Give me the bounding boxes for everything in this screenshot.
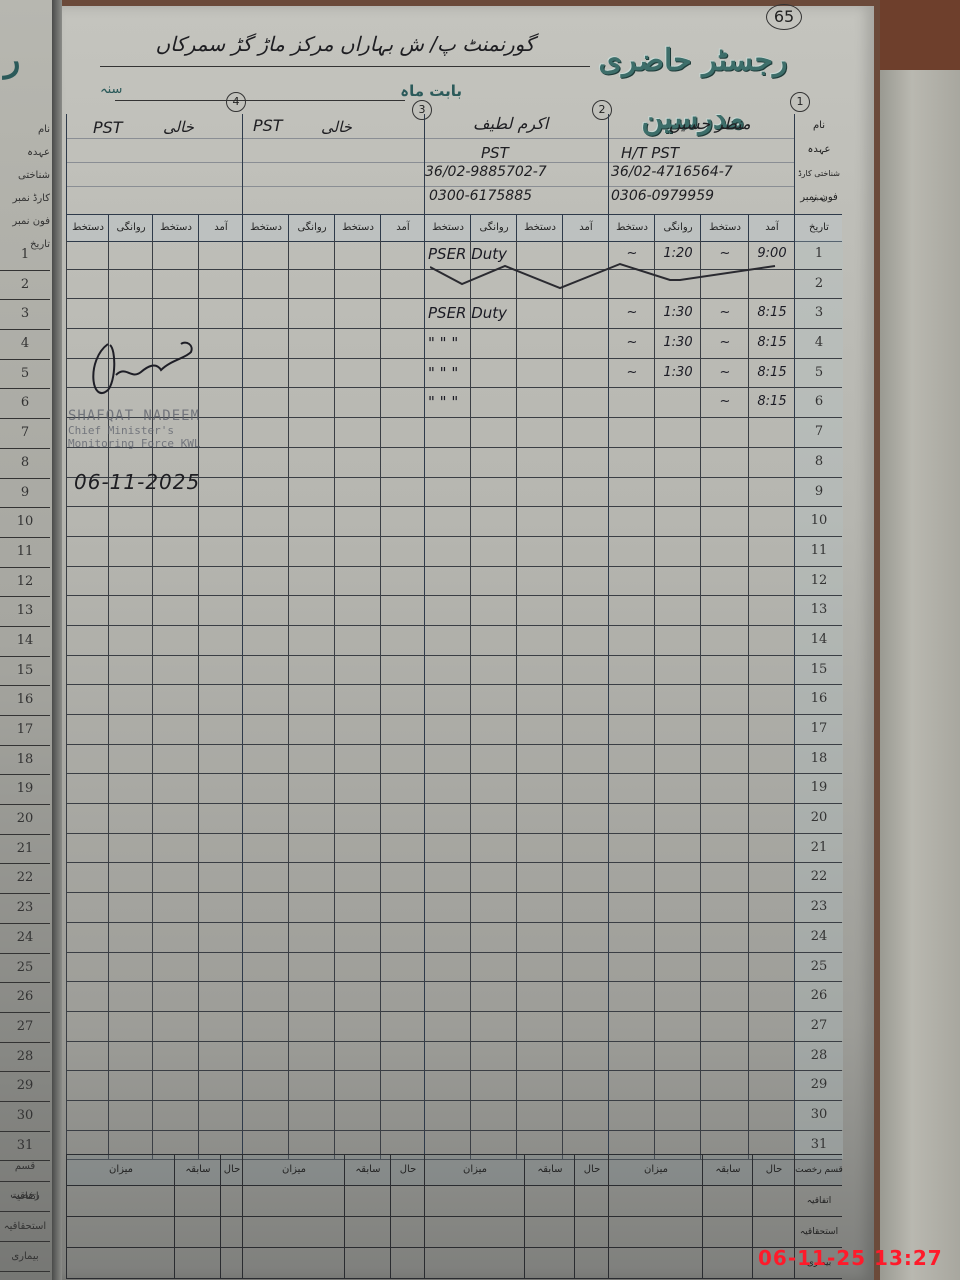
cell-signature (242, 715, 289, 744)
cell-arrival (748, 923, 795, 952)
cell-departure (654, 537, 701, 566)
cell-departure (288, 685, 335, 714)
cell-arrival (380, 1101, 425, 1130)
leave-cell-total (66, 1186, 175, 1216)
cell-signature (700, 745, 749, 774)
cell-signature (242, 418, 289, 447)
cell-signature (700, 715, 749, 744)
cell-signature (66, 774, 109, 803)
cell-signature (700, 953, 749, 982)
cell-signature (516, 863, 563, 892)
cell-departure (654, 418, 701, 447)
cell-arrival (380, 804, 425, 833)
cell-arrival (562, 834, 609, 863)
cell-arrival (380, 270, 425, 299)
cell-arrival (562, 359, 609, 388)
cell-arrival (562, 448, 609, 477)
cell-signature (66, 953, 109, 982)
teacher-2-phone: 0300-6175885 (429, 188, 532, 204)
cell-departure (288, 863, 335, 892)
teacher1-sign-out: ~ (608, 299, 655, 328)
cell-arrival (562, 685, 609, 714)
teacher2-note: " " " (428, 329, 562, 358)
cell-signature (242, 923, 289, 952)
cell-signature (608, 745, 655, 774)
date-row: 18 (66, 745, 842, 775)
cell-departure (654, 567, 701, 596)
date-cell: 21 (794, 834, 843, 863)
label-designation: عہدہ (795, 138, 843, 162)
cell-signature (608, 923, 655, 952)
cell-signature (608, 478, 655, 507)
cell-signature (608, 626, 655, 655)
cell-signature (608, 567, 655, 596)
cell-signature (242, 1101, 289, 1130)
cell-signature (242, 537, 289, 566)
cell-signature (424, 537, 471, 566)
cell-departure (654, 1042, 701, 1071)
previous-page-date: 1 (0, 241, 50, 271)
cell-signature (516, 418, 563, 447)
cell-arrival (380, 626, 425, 655)
cell-signature (424, 685, 471, 714)
cell-arrival (198, 240, 243, 269)
cell-arrival (198, 1071, 243, 1100)
column-header-row: دستخطروانگیدستخطآمددستخطروانگیدستخطآمددس… (66, 214, 842, 242)
date-cell: 9 (794, 478, 843, 507)
cell-departure (108, 656, 153, 685)
cell-arrival (198, 626, 243, 655)
cell-signature (152, 715, 199, 744)
cell-signature (66, 567, 109, 596)
cell-departure (108, 537, 153, 566)
cell-arrival (198, 834, 243, 863)
cell-arrival (748, 1012, 795, 1041)
cell-signature (334, 507, 381, 536)
date-row: 29 (66, 1071, 842, 1101)
previous-page-date: 5 (0, 360, 50, 390)
leave-summary-table: میزانسابقہحالمیزانسابقہحالمیزانسابقہحالم… (66, 1154, 842, 1279)
cell-signature (700, 656, 749, 685)
cell-signature (516, 685, 563, 714)
date-cell: 8 (794, 448, 843, 477)
cell-signature (334, 567, 381, 596)
leave-cell-total (424, 1248, 525, 1278)
cell-signature (608, 448, 655, 477)
leave-cell-total (424, 1186, 525, 1216)
date-cell: 24 (794, 923, 843, 952)
previous-page-date: 6 (0, 389, 50, 419)
cell-signature (152, 1071, 199, 1100)
cell-arrival (748, 685, 795, 714)
cell-signature (424, 774, 471, 803)
cell-signature (608, 715, 655, 744)
cell-signature (700, 596, 749, 625)
cell-signature (242, 329, 289, 358)
leave-cell-previous (174, 1217, 221, 1247)
cell-signature (516, 596, 563, 625)
cell-signature (608, 1042, 655, 1071)
cell-signature (242, 893, 289, 922)
previous-page-date: 13 (0, 597, 50, 627)
cell-signature (700, 448, 749, 477)
cell-signature (424, 715, 471, 744)
cell-signature (516, 656, 563, 685)
column-header-signature: دستخط (516, 215, 563, 241)
cell-signature (424, 863, 471, 892)
date-cell: 11 (794, 537, 843, 566)
cell-signature (424, 982, 471, 1011)
leave-cell-total (66, 1217, 175, 1247)
cell-signature (700, 923, 749, 952)
teacher1-sign-in: ~ (700, 299, 749, 328)
previous-page-date: 14 (0, 627, 50, 657)
leave-row: استحقاقیہ (66, 1217, 842, 1248)
cell-signature (242, 685, 289, 714)
cell-signature (516, 745, 563, 774)
cell-signature (424, 745, 471, 774)
cell-departure (288, 715, 335, 744)
leave-cell-total (608, 1186, 703, 1216)
teacher-5-name: خالی (163, 118, 194, 136)
cell-signature (66, 745, 109, 774)
cell-arrival (562, 299, 609, 328)
cell-departure (108, 745, 153, 774)
inspector-stamp: SHAFQAT NADEEM Chief Minister's Monitori… (68, 408, 238, 450)
cell-arrival (198, 774, 243, 803)
teacher-4-info: PST خالی (242, 114, 425, 214)
date-cell: 18 (794, 745, 843, 774)
cell-signature (66, 1071, 109, 1100)
cell-signature (152, 537, 199, 566)
cell-arrival (748, 448, 795, 477)
stamp-name: SHAFQAT NADEEM (68, 408, 238, 424)
cell-departure (470, 1012, 517, 1041)
cell-signature (700, 1101, 749, 1130)
cell-departure (288, 478, 335, 507)
leave-row: بیماری (66, 1248, 842, 1279)
column-header-departure: روانگی (108, 215, 153, 241)
cell-arrival (380, 656, 425, 685)
leave-cell-previous (702, 1186, 753, 1216)
cell-arrival (198, 953, 243, 982)
cell-arrival (380, 863, 425, 892)
cell-signature (242, 1071, 289, 1100)
cell-departure (108, 299, 153, 328)
previous-page-date: 25 (0, 954, 50, 984)
zigzag-strike-row-2 (430, 262, 790, 298)
cell-arrival (748, 567, 795, 596)
cell-departure (288, 448, 335, 477)
cell-arrival (380, 478, 425, 507)
cell-departure (654, 953, 701, 982)
cell-arrival (380, 834, 425, 863)
column-header-signature: دستخط (334, 215, 381, 241)
date-cell: 26 (794, 982, 843, 1011)
previous-page-date: 3 (0, 300, 50, 330)
label-name: نام (795, 114, 843, 138)
cell-arrival (198, 656, 243, 685)
cell-signature (424, 478, 471, 507)
cell-signature (152, 567, 199, 596)
cell-signature (608, 1071, 655, 1100)
cell-signature (242, 626, 289, 655)
cell-signature (700, 567, 749, 596)
cell-departure (288, 893, 335, 922)
cell-signature (608, 596, 655, 625)
teacher1-sign-out (608, 388, 655, 417)
cell-departure (108, 923, 153, 952)
cell-signature (66, 596, 109, 625)
cell-arrival (198, 923, 243, 952)
cell-departure (654, 596, 701, 625)
cell-arrival (748, 478, 795, 507)
cell-arrival (748, 982, 795, 1011)
label-cnic: شناختی کارڈ نمبر (795, 162, 843, 186)
cell-departure (108, 685, 153, 714)
cell-departure (288, 359, 335, 388)
leave-cell-current (752, 1217, 795, 1247)
leave-cell-total (608, 1248, 703, 1278)
column-header-departure: روانگی (470, 215, 517, 241)
cell-arrival (562, 507, 609, 536)
previous-page-date: 18 (0, 746, 50, 776)
leave-header-total: میزان (66, 1155, 175, 1185)
teacher1-sign-in: ~ (700, 359, 749, 388)
cell-departure (288, 299, 335, 328)
cell-signature (242, 1012, 289, 1041)
cell-arrival (198, 299, 243, 328)
cell-signature (242, 270, 289, 299)
teacher1-sign-out: ~ (608, 329, 655, 358)
cell-signature (516, 893, 563, 922)
cell-signature (152, 1012, 199, 1041)
previous-page-date: 26 (0, 983, 50, 1013)
leave-cell-current (390, 1217, 425, 1247)
leave-header-previous: سابقہ (702, 1155, 753, 1185)
previous-page-date: 8 (0, 449, 50, 479)
cell-signature (242, 359, 289, 388)
cell-signature (700, 1071, 749, 1100)
cell-departure (654, 1071, 701, 1100)
cell-departure (288, 982, 335, 1011)
cell-arrival (748, 1101, 795, 1130)
date-row: 13 (66, 596, 842, 626)
column-header-departure: روانگی (654, 215, 701, 241)
cell-arrival (562, 329, 609, 358)
cell-arrival (562, 388, 609, 417)
cell-signature (334, 359, 381, 388)
cell-departure (108, 1071, 153, 1100)
cell-signature (66, 834, 109, 863)
cell-departure (288, 388, 335, 417)
teacher1-departure: 1:30 (654, 329, 701, 358)
cell-signature (334, 893, 381, 922)
date-row: 22 (66, 863, 842, 893)
column-header-signature: دستخط (152, 215, 199, 241)
cell-departure (108, 1101, 153, 1130)
cell-arrival (380, 982, 425, 1011)
cell-signature (242, 507, 289, 536)
date-cell: 12 (794, 567, 843, 596)
cell-signature (608, 982, 655, 1011)
cell-departure (108, 596, 153, 625)
cell-signature (242, 834, 289, 863)
school-name: گورنمنٹ پ/ ش بہاراں مرکز ماڑ گڑ سمرکاں (100, 22, 590, 67)
leave-cell-current (220, 1248, 243, 1278)
cell-departure (288, 507, 335, 536)
leave-cell-total (242, 1217, 345, 1247)
cell-departure (654, 893, 701, 922)
cell-departure (108, 953, 153, 982)
cell-arrival (562, 1071, 609, 1100)
date-cell: 3 (794, 299, 843, 328)
cell-departure (288, 1042, 335, 1071)
cell-signature (66, 685, 109, 714)
cell-signature (152, 596, 199, 625)
cell-signature (242, 745, 289, 774)
cell-arrival (198, 893, 243, 922)
teacher1-departure: 1:30 (654, 359, 701, 388)
cell-departure (470, 596, 517, 625)
cell-departure (108, 240, 153, 269)
cell-departure (470, 626, 517, 655)
cell-departure (108, 982, 153, 1011)
cell-signature (334, 329, 381, 358)
previous-page-date: 27 (0, 1013, 50, 1043)
cell-departure (654, 982, 701, 1011)
cell-signature (700, 478, 749, 507)
cell-departure (108, 774, 153, 803)
cell-signature (700, 418, 749, 447)
cell-signature (152, 953, 199, 982)
date-row: 17 (66, 715, 842, 745)
cell-signature (242, 1042, 289, 1071)
cell-arrival (380, 240, 425, 269)
cell-signature (334, 656, 381, 685)
cell-signature (700, 834, 749, 863)
teacher1-departure (654, 388, 701, 417)
cell-departure (470, 715, 517, 744)
cell-signature (700, 804, 749, 833)
cell-arrival (562, 596, 609, 625)
date-cell: 15 (794, 656, 843, 685)
leave-cell-current (220, 1217, 243, 1247)
date-row: 28 (66, 1042, 842, 1072)
cell-departure (654, 923, 701, 952)
cell-departure (654, 863, 701, 892)
cell-departure (470, 1042, 517, 1071)
cell-departure (108, 863, 153, 892)
previous-page-footer: قسم رخصتاتفاقیہاستحقاقیہبیماری (0, 1152, 50, 1272)
cell-departure (654, 804, 701, 833)
leave-header-current: حال (390, 1155, 425, 1185)
previous-page-footer-label: اتفاقیہ (0, 1182, 50, 1212)
cell-departure (288, 656, 335, 685)
cell-departure (288, 1071, 335, 1100)
cell-arrival (198, 270, 243, 299)
date-row: 16 (66, 685, 842, 715)
cell-departure (470, 685, 517, 714)
cell-signature (152, 299, 199, 328)
cell-departure (654, 685, 701, 714)
cell-departure (288, 923, 335, 952)
cell-arrival (198, 804, 243, 833)
cell-arrival (380, 329, 425, 358)
background-wood (880, 0, 960, 70)
date-cell: 16 (794, 685, 843, 714)
cell-signature (152, 656, 199, 685)
date-row: 19 (66, 774, 842, 804)
cell-departure (470, 923, 517, 952)
teacher-1-cnic: 36/02-4716564-7 (611, 164, 733, 180)
cell-arrival (562, 567, 609, 596)
cell-arrival (562, 626, 609, 655)
cell-arrival (380, 893, 425, 922)
leave-header-total: میزان (424, 1155, 525, 1185)
teacher2-note: PSER Duty (428, 299, 562, 328)
cell-departure (470, 804, 517, 833)
date-row: 24 (66, 923, 842, 953)
cell-arrival (562, 893, 609, 922)
cell-arrival (562, 656, 609, 685)
cell-departure (288, 804, 335, 833)
cell-departure (470, 893, 517, 922)
date-cell: 6 (794, 388, 843, 417)
cell-signature (242, 388, 289, 417)
cell-signature (66, 804, 109, 833)
cell-arrival (748, 507, 795, 536)
teacher2-note: " " " (428, 388, 562, 417)
cell-arrival (198, 448, 243, 477)
cell-departure (470, 834, 517, 863)
cell-signature (334, 626, 381, 655)
cell-signature (608, 774, 655, 803)
stamp-title-1: Chief Minister's (68, 424, 238, 437)
leave-cell-total (66, 1248, 175, 1278)
cell-arrival (748, 1071, 795, 1100)
date-row: 11 (66, 537, 842, 567)
cell-signature (700, 774, 749, 803)
cell-departure (288, 953, 335, 982)
cell-signature (152, 834, 199, 863)
teacher-1-name: منظر حسین (669, 114, 751, 133)
teacher-index-1: 1 (790, 92, 810, 112)
cell-departure (108, 507, 153, 536)
teacher-1-designation: H/T PST (621, 144, 679, 162)
cell-signature (700, 1012, 749, 1041)
cell-departure (654, 715, 701, 744)
cell-signature (334, 418, 381, 447)
cell-departure (654, 448, 701, 477)
cell-departure (108, 1012, 153, 1041)
cell-departure (108, 567, 153, 596)
cell-signature (334, 863, 381, 892)
previous-page-date: 12 (0, 568, 50, 598)
cell-signature (152, 1042, 199, 1071)
previous-page-date: 15 (0, 657, 50, 687)
date-cell: 28 (794, 1042, 843, 1071)
teacher1-sign-out: ~ (608, 359, 655, 388)
cell-signature (700, 537, 749, 566)
cell-signature (334, 1012, 381, 1041)
leave-header-total: میزان (608, 1155, 703, 1185)
cell-signature (152, 507, 199, 536)
cell-arrival (198, 1101, 243, 1130)
cell-signature (334, 1042, 381, 1071)
cell-signature (66, 299, 109, 328)
cell-arrival (198, 596, 243, 625)
